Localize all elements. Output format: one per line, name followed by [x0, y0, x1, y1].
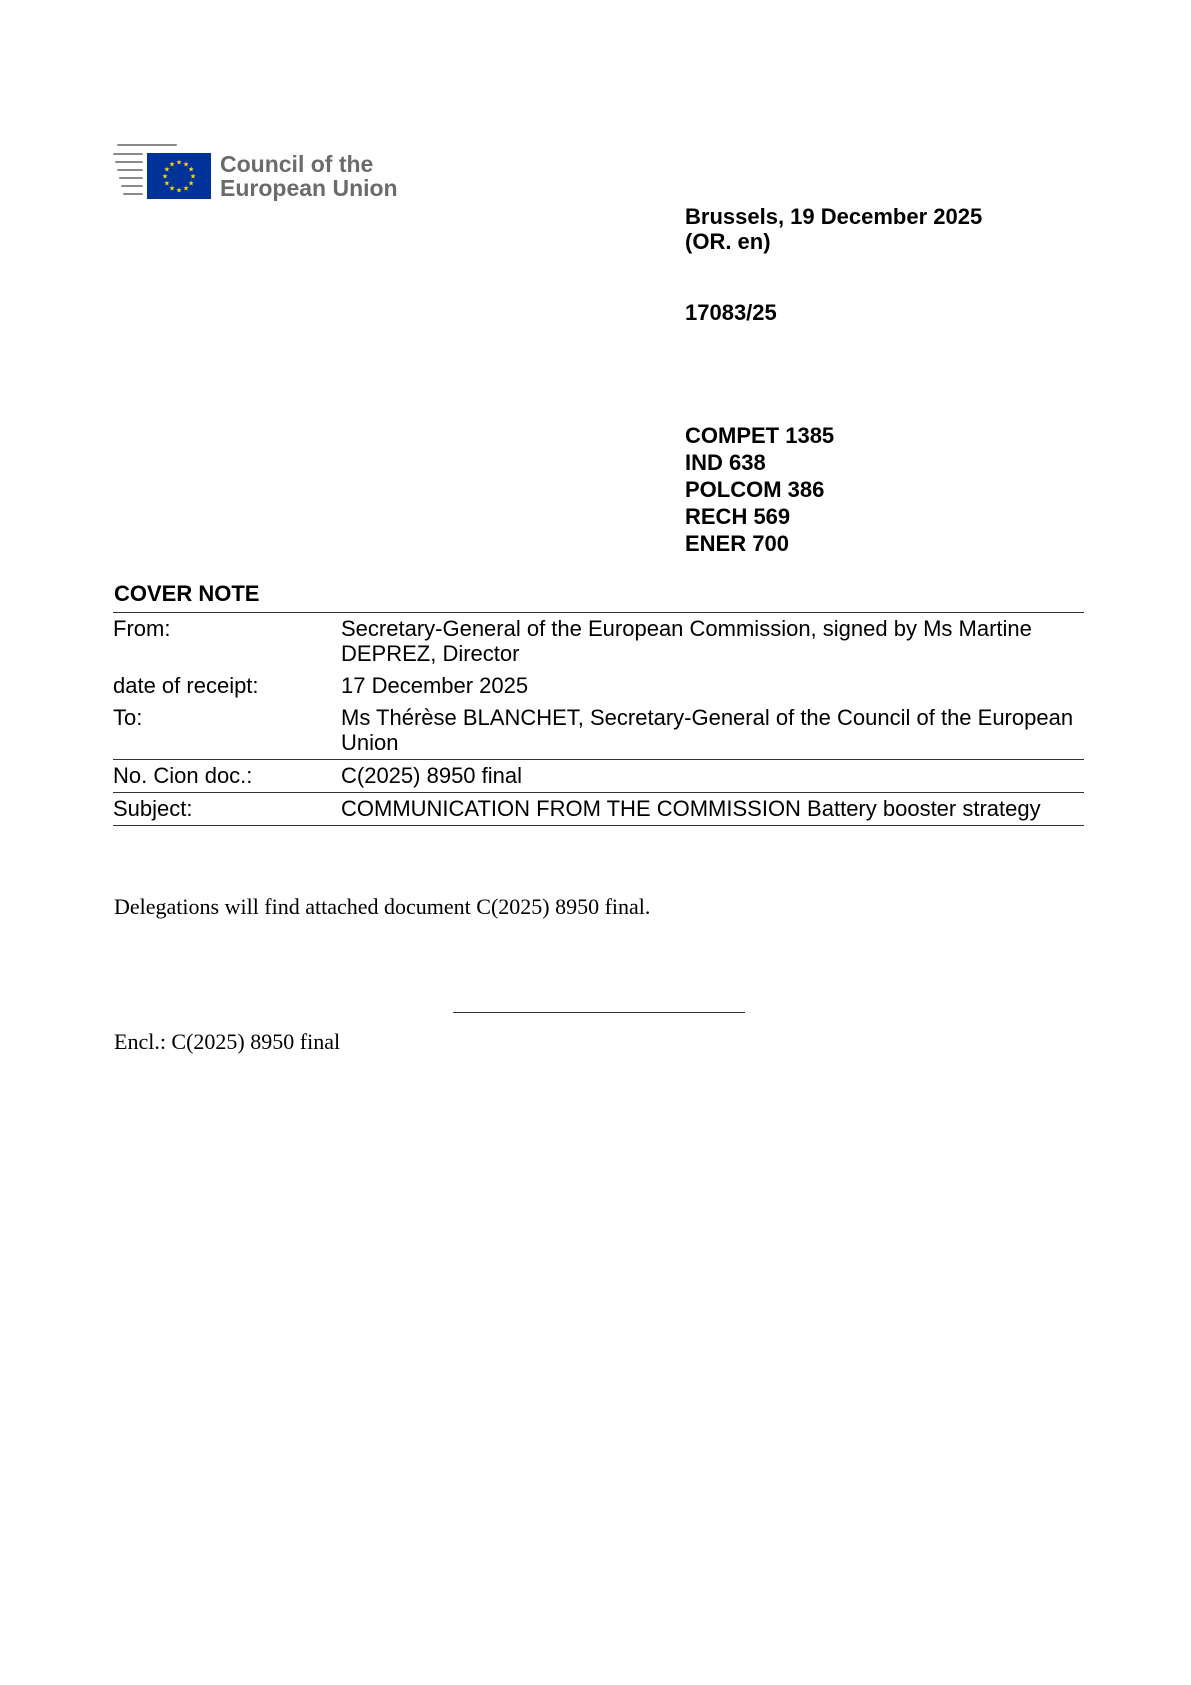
logo-line-1: Council of the: [220, 152, 398, 176]
place-date: Brussels, 19 December 2025: [685, 204, 982, 229]
subject-codes: COMPET 1385 IND 638 POLCOM 386 RECH 569 …: [685, 422, 834, 557]
logo-lines-icon: [113, 144, 147, 200]
row-value: COMMUNICATION FROM THE COMMISSION Batter…: [341, 793, 1084, 826]
row-label: Subject:: [113, 793, 341, 826]
subject-code: COMPET 1385: [685, 422, 834, 449]
enclosure-text: Encl.: C(2025) 8950 final: [114, 1029, 340, 1055]
row-value: C(2025) 8950 final: [341, 760, 1084, 793]
cover-note-table: From: Secretary-General of the European …: [113, 612, 1084, 826]
eu-flag-icon: ★★★★★★★★★★★★: [147, 153, 211, 199]
table-row: date of receipt: 17 December 2025: [113, 670, 1084, 702]
svg-text:★: ★: [176, 159, 182, 167]
logo-line-2: European Union: [220, 176, 398, 200]
svg-text:★: ★: [183, 185, 189, 193]
table-row: To: Ms Thérèse BLANCHET, Secretary-Gener…: [113, 702, 1084, 760]
separator-line: [453, 1012, 745, 1013]
row-label: date of receipt:: [113, 670, 341, 702]
row-value: Secretary-General of the European Commis…: [341, 613, 1084, 671]
subject-code: ENER 700: [685, 530, 834, 557]
table-row: From: Secretary-General of the European …: [113, 613, 1084, 671]
svg-text:★: ★: [162, 173, 168, 181]
date-block: Brussels, 19 December 2025 (OR. en): [685, 204, 982, 254]
row-label: No. Cion doc.:: [113, 760, 341, 793]
row-label: From:: [113, 613, 341, 671]
row-label: To:: [113, 702, 341, 760]
council-logo: ★★★★★★★★★★★★ Council of the European Uni…: [113, 144, 433, 200]
subject-code: POLCOM 386: [685, 476, 834, 503]
row-value: 17 December 2025: [341, 670, 1084, 702]
document-number: 17083/25: [685, 300, 777, 325]
subject-code: IND 638: [685, 449, 834, 476]
svg-text:★: ★: [176, 187, 182, 195]
svg-text:★: ★: [164, 180, 170, 188]
original-language: (OR. en): [685, 229, 982, 254]
body-text: Delegations will find attached document …: [114, 894, 650, 920]
logo-text: Council of the European Union: [220, 152, 398, 200]
svg-text:★: ★: [169, 160, 175, 168]
table-row: Subject: COMMUNICATION FROM THE COMMISSI…: [113, 793, 1084, 826]
row-value: Ms Thérèse BLANCHET, Secretary-General o…: [341, 702, 1084, 760]
cover-note-title: COVER NOTE: [114, 581, 259, 607]
table-row: No. Cion doc.: C(2025) 8950 final: [113, 760, 1084, 793]
subject-code: RECH 569: [685, 503, 834, 530]
